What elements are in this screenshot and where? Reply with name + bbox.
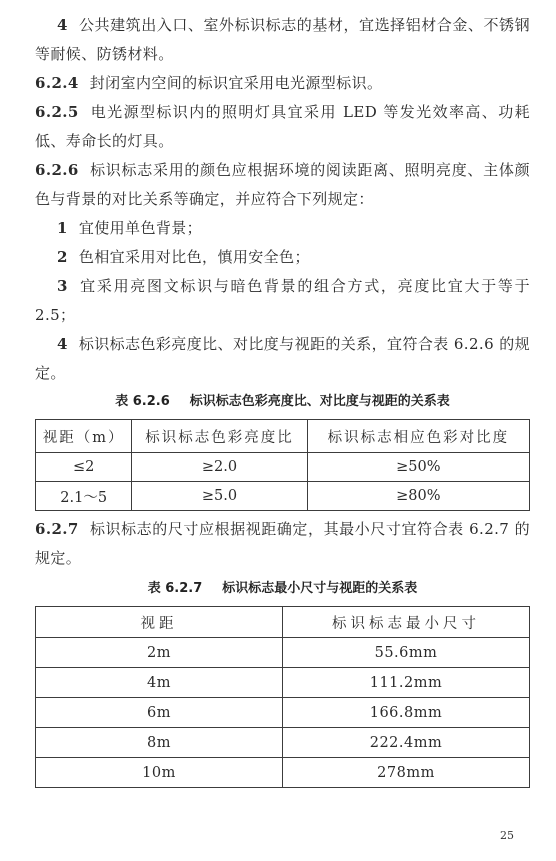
cell: ≥2.0 bbox=[132, 453, 307, 482]
clause-6-2-7: 6.2.7标识标志的尺寸应根据视距确定，其最小尺寸宜符合表 6.2.7 的规定。 bbox=[35, 515, 530, 573]
clause-text: 封闭室内空间的标识宜采用电光源型标识。 bbox=[90, 74, 383, 92]
cell: 166.8mm bbox=[283, 698, 530, 728]
table-6-2-7-caption: 表 6.2.7标识标志最小尺寸与视距的关系表 bbox=[35, 579, 530, 599]
table-header-row: 视距（m） 标识标志色彩亮度比 标识标志相应色彩对比度 bbox=[36, 420, 530, 453]
clause-text: 公共建筑出入口、室外标识标志的基材，宜选择铝材合金、不锈钢等耐候、防锈材料。 bbox=[35, 16, 530, 63]
clause-number: 2 bbox=[57, 248, 79, 266]
table-caption-number: 表 6.2.7 bbox=[148, 581, 203, 596]
clause-text: 宜采用亮图文标识与暗色背景的组合方式，亮度比宜大于等于 2.5； bbox=[35, 277, 530, 324]
clause-text: 标识标志的尺寸应根据视距确定，其最小尺寸宜符合表 6.2.7 的规定。 bbox=[35, 520, 530, 567]
clause-item: 4公共建筑出入口、室外标识标志的基材，宜选择铝材合金、不锈钢等耐候、防锈材料。 bbox=[35, 11, 530, 69]
clause-text: 色相宜采用对比色，慎用安全色； bbox=[79, 248, 310, 266]
header-cell: 视距 bbox=[36, 607, 283, 638]
cell: 55.6mm bbox=[283, 638, 530, 668]
clause-text: 标识标志采用的颜色应根据环境的阅读距离、照明亮度、主体颜色与背景的对比关系等确定… bbox=[35, 161, 530, 208]
clause-number: 3 bbox=[57, 277, 79, 295]
table-caption-title: 标识标志最小尺寸与视距的关系表 bbox=[222, 581, 417, 596]
document-page: 4公共建筑出入口、室外标识标志的基材，宜选择铝材合金、不锈钢等耐候、防锈材料。 … bbox=[0, 0, 556, 861]
clause-number: 6.2.6 bbox=[35, 161, 90, 179]
header-cell: 标识标志相应色彩对比度 bbox=[307, 420, 529, 453]
table-row: 4m 111.2mm bbox=[36, 668, 530, 698]
header-cell: 标识标志最小尺寸 bbox=[283, 607, 530, 638]
header-cell: 视距（m） bbox=[36, 420, 132, 453]
clause-number: 6.2.5 bbox=[35, 103, 90, 121]
table-row: ≤2 ≥2.0 ≥50% bbox=[36, 453, 530, 482]
table-caption-number: 表 6.2.6 bbox=[115, 394, 170, 409]
table-6-2-6-caption: 表 6.2.6标识标志色彩亮度比、对比度与视距的关系表 bbox=[35, 392, 530, 412]
clause-subitem-4: 4标识标志色彩亮度比、对比度与视距的关系，宜符合表 6.2.6 的规定。 bbox=[35, 330, 530, 388]
cell: ≤2 bbox=[36, 453, 132, 482]
cell: ≥5.0 bbox=[132, 482, 307, 511]
table-6-2-6: 视距（m） 标识标志色彩亮度比 标识标志相应色彩对比度 ≤2 ≥2.0 ≥50%… bbox=[35, 419, 530, 511]
cell: ≥80% bbox=[307, 482, 529, 511]
clause-6-2-5: 6.2.5电光源型标识内的照明灯具宜采用 LED 等发光效率高、功耗低、寿命长的… bbox=[35, 98, 530, 156]
table-row: 6m 166.8mm bbox=[36, 698, 530, 728]
table-row: 10m 278mm bbox=[36, 758, 530, 788]
cell: 278mm bbox=[283, 758, 530, 788]
cell: 222.4mm bbox=[283, 728, 530, 758]
table-row: 8m 222.4mm bbox=[36, 728, 530, 758]
cell: 2.1～5 bbox=[36, 482, 132, 511]
clause-text: 宜使用单色背景； bbox=[79, 219, 202, 237]
clause-subitem-2: 2色相宜采用对比色，慎用安全色； bbox=[35, 243, 530, 272]
clause-text: 电光源型标识内的照明灯具宜采用 LED 等发光效率高、功耗低、寿命长的灯具。 bbox=[35, 103, 530, 150]
table-row: 2m 55.6mm bbox=[36, 638, 530, 668]
table-6-2-7: 视距 标识标志最小尺寸 2m 55.6mm 4m 111.2mm 6m 166.… bbox=[35, 606, 530, 788]
cell: 4m bbox=[36, 668, 283, 698]
clause-number: 4 bbox=[57, 16, 79, 34]
clause-number: 6.2.4 bbox=[35, 74, 90, 92]
clause-text: 标识标志色彩亮度比、对比度与视距的关系，宜符合表 6.2.6 的规定。 bbox=[35, 335, 530, 382]
cell: 10m bbox=[36, 758, 283, 788]
cell: 2m bbox=[36, 638, 283, 668]
clause-number: 4 bbox=[57, 335, 79, 353]
cell: 8m bbox=[36, 728, 283, 758]
cell: 6m bbox=[36, 698, 283, 728]
table-caption-title: 标识标志色彩亮度比、对比度与视距的关系表 bbox=[190, 394, 450, 409]
clause-number: 6.2.7 bbox=[35, 520, 90, 538]
cell: ≥50% bbox=[307, 453, 529, 482]
header-cell: 标识标志色彩亮度比 bbox=[132, 420, 307, 453]
page-number: 25 bbox=[500, 829, 514, 842]
cell: 111.2mm bbox=[283, 668, 530, 698]
clause-number: 1 bbox=[57, 219, 79, 237]
clause-subitem-3: 3宜采用亮图文标识与暗色背景的组合方式，亮度比宜大于等于 2.5； bbox=[35, 272, 530, 330]
table-row: 2.1～5 ≥5.0 ≥80% bbox=[36, 482, 530, 511]
page-content: 4公共建筑出入口、室外标识标志的基材，宜选择铝材合金、不锈钢等耐候、防锈材料。 … bbox=[35, 11, 530, 788]
clause-subitem-1: 1宜使用单色背景； bbox=[35, 214, 530, 243]
clause-6-2-4: 6.2.4封闭室内空间的标识宜采用电光源型标识。 bbox=[35, 69, 530, 98]
table-header-row: 视距 标识标志最小尺寸 bbox=[36, 607, 530, 638]
clause-6-2-6: 6.2.6标识标志采用的颜色应根据环境的阅读距离、照明亮度、主体颜色与背景的对比… bbox=[35, 156, 530, 214]
